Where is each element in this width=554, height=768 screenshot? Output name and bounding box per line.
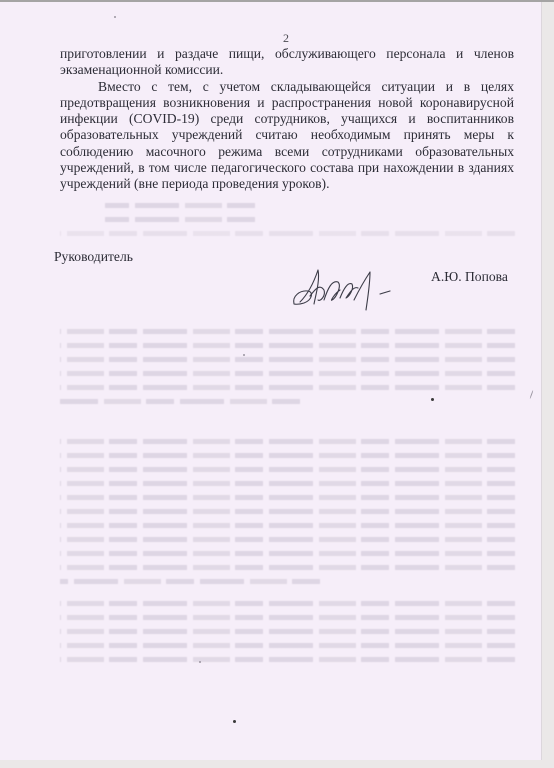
scanned-document: 2 приготовлении и раздаче пищи, обслужив… <box>0 0 554 768</box>
show-through-text-block-3 <box>60 596 515 666</box>
scan-speck <box>114 16 116 18</box>
show-through-text-block-1 <box>60 324 515 408</box>
scan-speck <box>529 390 533 399</box>
document-page: 2 приготовлении и раздаче пищи, обслужив… <box>0 2 541 760</box>
scan-speck <box>243 354 245 356</box>
signature-block: Руководитель А.Ю. Попова <box>0 2 541 332</box>
show-through-text-block-2 <box>60 434 515 588</box>
signatory-title: Руководитель <box>54 249 133 265</box>
scan-speck <box>199 661 201 663</box>
scan-speck <box>431 398 434 401</box>
signatory-name: А.Ю. Попова <box>431 269 508 285</box>
handwritten-signature-icon <box>290 260 400 315</box>
scan-speck <box>233 720 236 723</box>
